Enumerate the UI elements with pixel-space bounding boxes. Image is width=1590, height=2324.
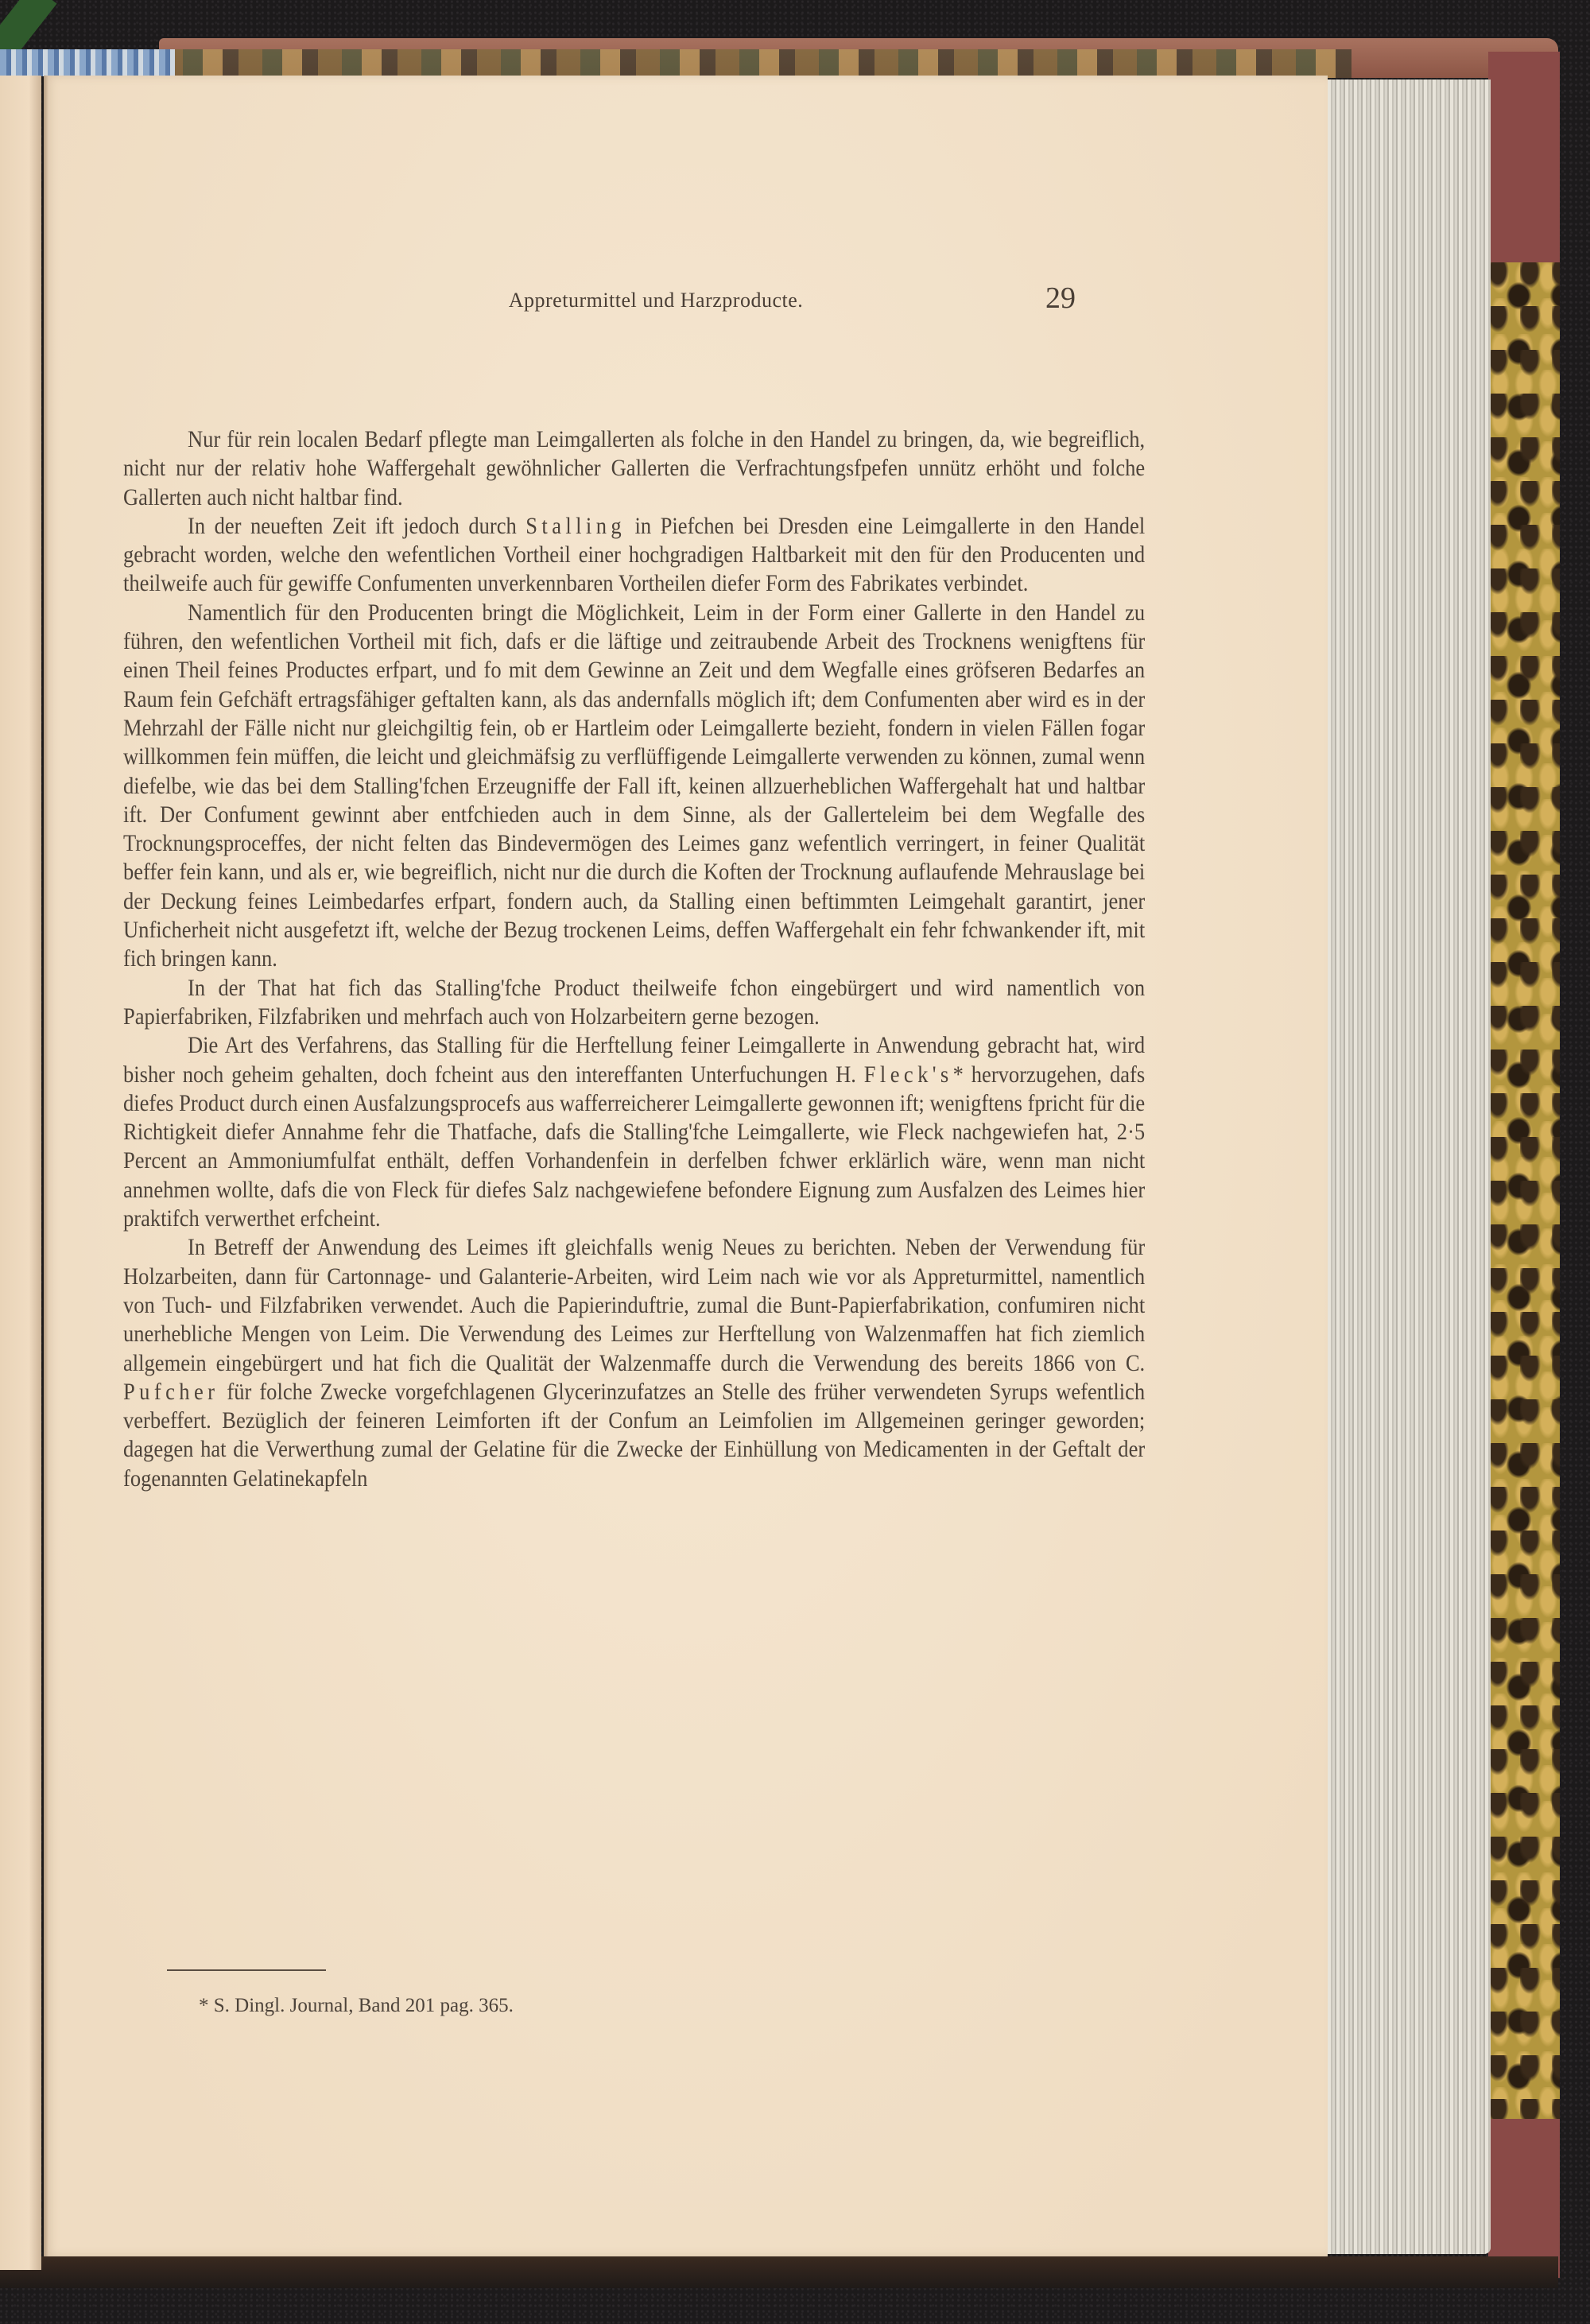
text-run: In der neueften Zeit ift jedoch durch: [188, 514, 525, 539]
marbled-endpaper: [1488, 262, 1560, 2119]
paragraph: Namentlich für den Producenten bringt di…: [123, 599, 1145, 974]
marbled-cover-strip: [159, 49, 1351, 78]
paragraph: Die Art des Verfahrens, das Stalling für…: [123, 1031, 1145, 1233]
book-page: Appreturmittel und Harzproducte. 29 Nur …: [44, 76, 1328, 2256]
text-run: In Betreff der Anwendung des Leimes ift …: [123, 1235, 1145, 1375]
paragraph: In der That hat fich das Stalling'fche P…: [123, 974, 1145, 1032]
text-run: für folche Zwecke vorgefchlagenen Glycer…: [123, 1379, 1145, 1492]
footnote: * S. Dingl. Journal, Band 201 pag. 365.: [199, 1995, 514, 2017]
book-cover-bottom: [0, 2256, 1558, 2288]
emphasized-name: Pufcher: [123, 1379, 219, 1405]
facing-page-edge: [0, 76, 41, 2270]
emphasized-name: Fleck's: [864, 1062, 953, 1088]
emphasized-name: Stalling: [525, 514, 626, 539]
body-text: Nur für rein localen Bedarf pflegte man …: [123, 425, 1145, 1493]
footnote-rule: [167, 1969, 326, 1971]
paragraph: Nur für rein localen Bedarf pflegte man …: [123, 425, 1145, 512]
page-gutter: [44, 76, 48, 2256]
page-block-edges: [1324, 80, 1491, 2254]
page-number: 29: [1045, 281, 1076, 316]
running-head: Appreturmittel und Harzproducte.: [425, 289, 886, 312]
paragraph: In der neueften Zeit ift jedoch durch St…: [123, 512, 1145, 599]
paragraph: In Betreff der Anwendung des Leimes ift …: [123, 1233, 1145, 1493]
headband: [0, 49, 175, 76]
